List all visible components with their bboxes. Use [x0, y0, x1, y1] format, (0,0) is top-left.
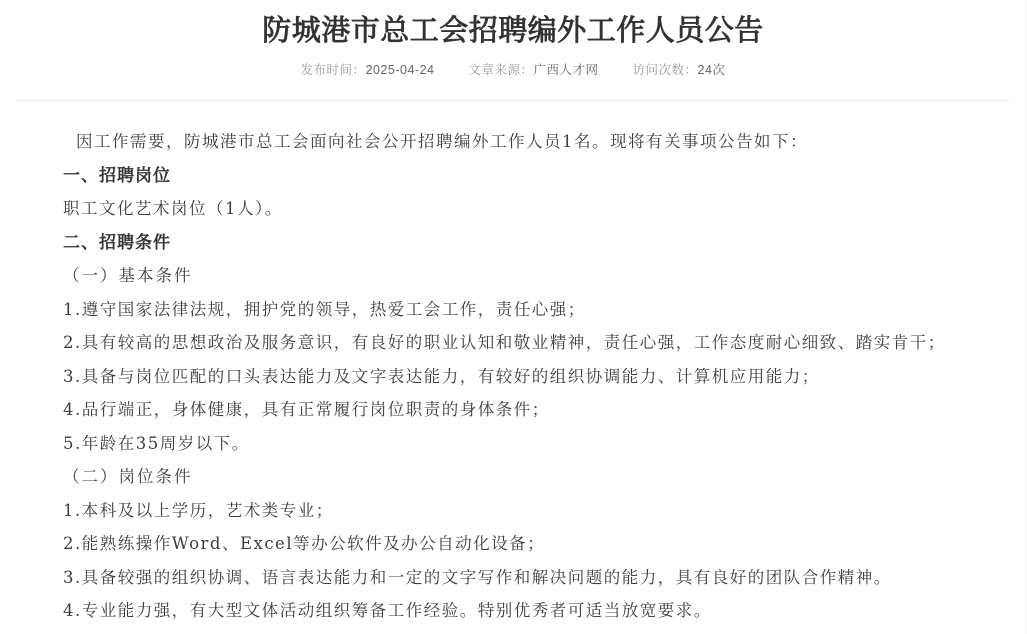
article-paragraph: （二）岗位条件 — [63, 460, 986, 494]
announcement-page: 防城港市总工会招聘编外工作人员公告 发布时间：2025-04-24 文章来源：广… — [0, 0, 1027, 634]
announcement-header: 防城港市总工会招聘编外工作人员公告 发布时间：2025-04-24 文章来源：广… — [16, 0, 1010, 101]
meta-publish-time-label: 发布时间： — [301, 63, 366, 77]
article-paragraph: 因工作需要，防城港市总工会面向社会公开招聘编外工作人员1名。现将有关事项公告如下… — [63, 125, 986, 159]
article-paragraph: 职工文化艺术岗位（1人）。 — [63, 192, 986, 226]
article-paragraph: 4.专业能力强，有大型文体活动组织筹备工作经验。特别优秀者可适当放宽要求。 — [63, 594, 986, 628]
article-paragraph: 3.具备与岗位匹配的口头表达能力及文字表达能力，有较好的组织协调能力、计算机应用… — [63, 360, 986, 394]
meta-publish-time: 发布时间：2025-04-24 — [301, 62, 435, 79]
article-paragraph: 3.具备较强的组织协调、语言表达能力和一定的文字写作和解决问题的能力，具有良好的… — [63, 561, 986, 595]
article-paragraph: （一）基本条件 — [63, 259, 986, 293]
article-paragraph: 一、招聘岗位 — [63, 159, 986, 193]
meta-visit-count: 访问次数：24次 — [633, 62, 726, 79]
announcement-body: 因工作需要，防城港市总工会面向社会公开招聘编外工作人员1名。现将有关事项公告如下… — [0, 101, 1026, 628]
meta-bar: 发布时间：2025-04-24 文章来源：广西人才网 访问次数：24次 — [16, 62, 1010, 79]
meta-publish-time-value: 2025-04-24 — [366, 63, 435, 77]
meta-visit-count-value: 24次 — [698, 63, 726, 77]
meta-visit-count-label: 访问次数： — [633, 63, 698, 77]
article-paragraph: 5.年龄在35周岁以下。 — [63, 427, 986, 461]
article-paragraph: 1.遵守国家法律法规，拥护党的领导，热爱工会工作，责任心强； — [63, 293, 986, 327]
meta-source-label: 文章来源： — [469, 63, 534, 77]
page-title: 防城港市总工会招聘编外工作人员公告 — [16, 13, 1010, 49]
article-paragraph: 1.本科及以上学历，艺术类专业； — [63, 494, 986, 528]
article-paragraph: 二、招聘条件 — [63, 226, 986, 260]
meta-source-value: 广西人才网 — [534, 63, 599, 77]
article-paragraph: 2.能熟练操作Word、Excel等办公软件及办公自动化设备； — [63, 527, 986, 561]
article-paragraph: 4.品行端正，身体健康，具有正常履行岗位职责的身体条件； — [63, 393, 986, 427]
article-paragraph: 2.具有较高的思想政治及服务意识，有良好的职业认知和敬业精神，责任心强，工作态度… — [63, 326, 986, 360]
meta-source: 文章来源：广西人才网 — [469, 62, 599, 79]
